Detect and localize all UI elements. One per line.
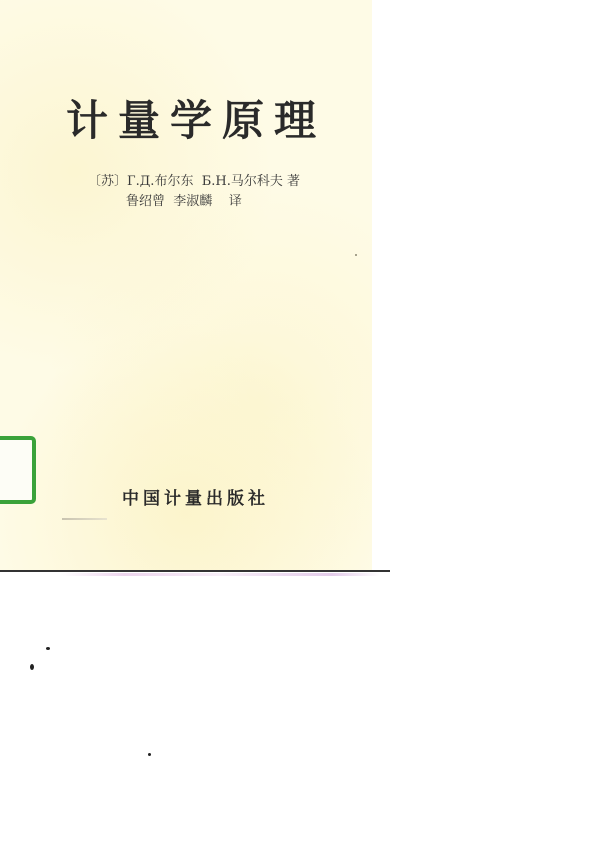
green-label-tab <box>0 436 36 504</box>
authors-line: 〔苏〕Г.Д.布尔东 Б.Н.马尔科夫 著 <box>88 172 300 192</box>
publisher-name: 中国计量出版社 <box>122 484 269 509</box>
book-title: 计量学原理 <box>66 88 326 148</box>
translators-line: 鲁绍曾 李淑麟 译 <box>126 192 242 212</box>
scan-speck <box>355 254 357 256</box>
scan-speck <box>30 664 34 670</box>
cover-bottom-edge <box>0 570 390 572</box>
book-cover: 计量学原理 〔苏〕Г.Д.布尔东 Б.Н.马尔科夫 著 鲁绍曾 李淑麟 译 中国… <box>0 0 372 571</box>
faint-scan-mark <box>62 518 107 520</box>
scan-speck <box>46 647 50 650</box>
scan-speck <box>148 753 151 756</box>
scan-color-fringe <box>60 573 380 576</box>
